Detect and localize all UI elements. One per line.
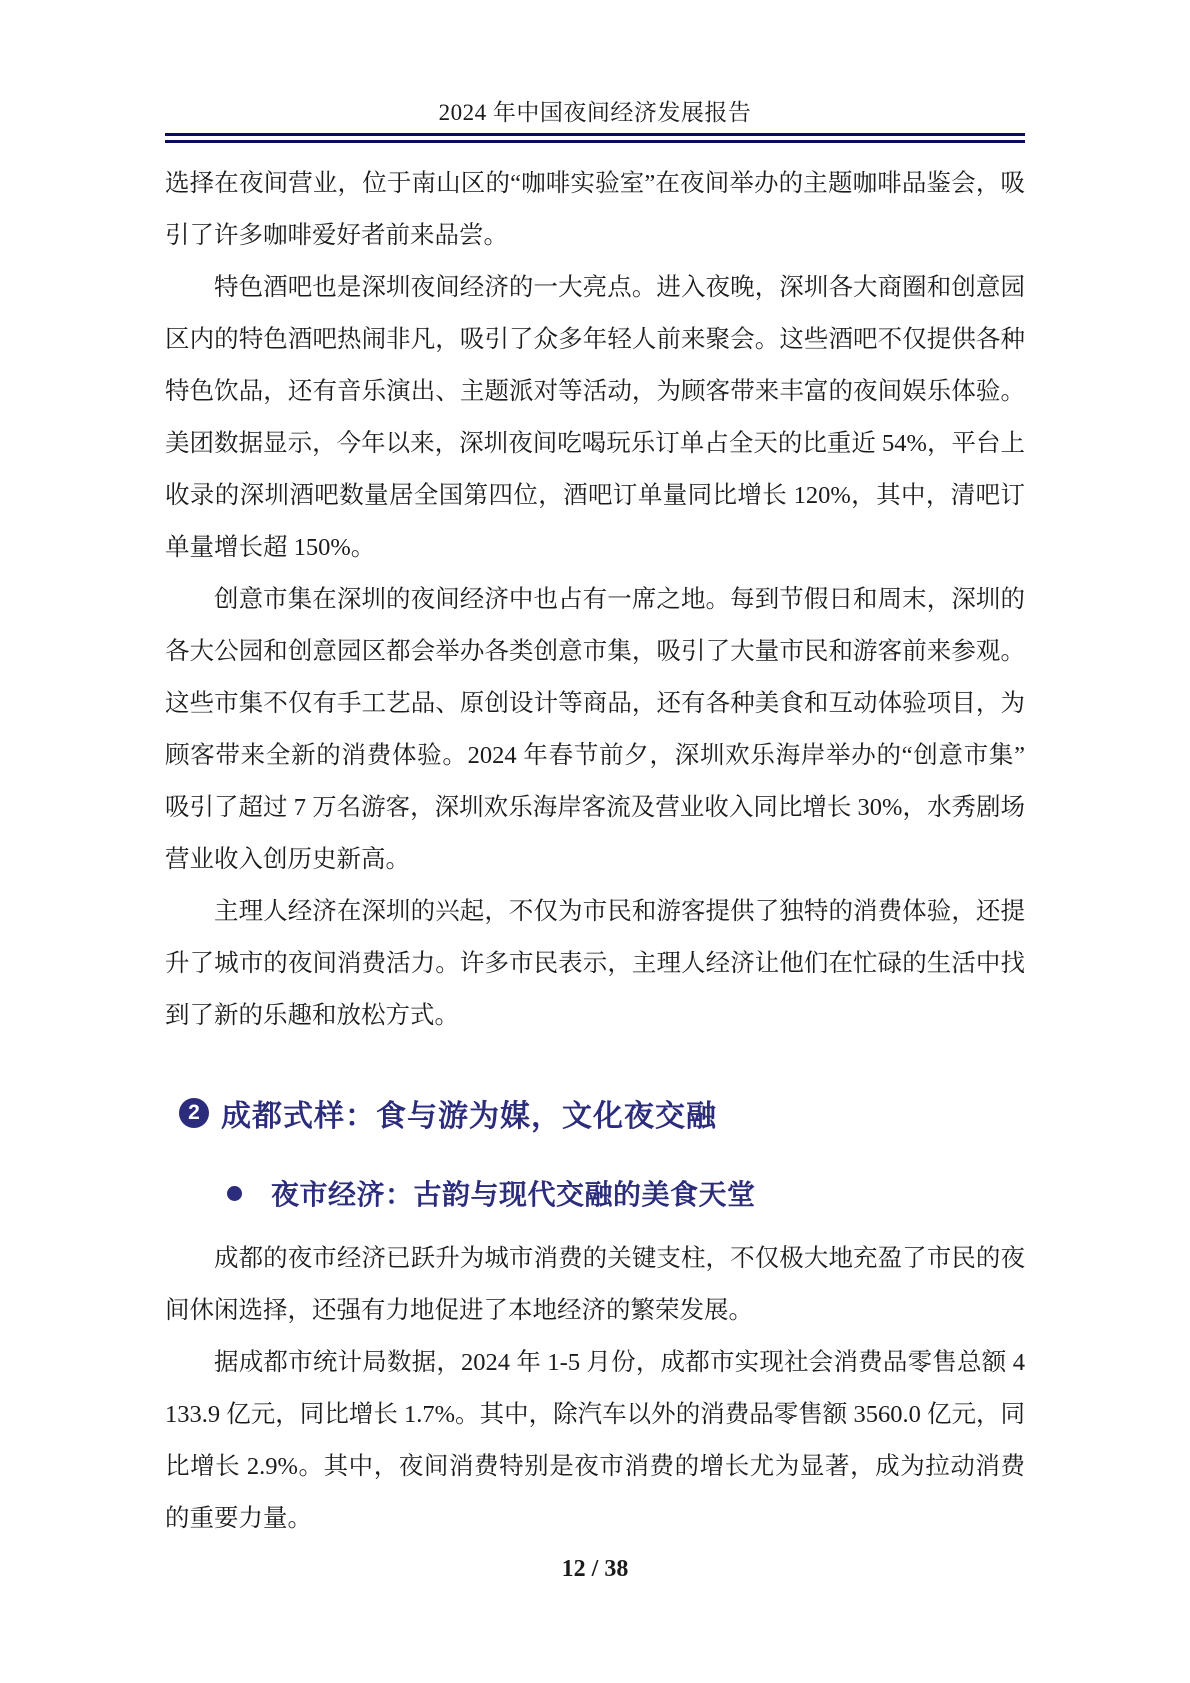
subsection-title: 夜市经济：古韵与现代交融的美食天堂 <box>271 1173 756 1213</box>
paragraph-chengdu-statistics: 据成都市统计局数据，2024 年 1-5 月份，成都市实现社会消费品零售总额 4… <box>165 1337 1025 1545</box>
header-rule <box>165 133 1025 143</box>
paragraph-bars: 特色酒吧也是深圳夜间经济的一大亮点。进入夜晚，深圳各大商圈和创意园区内的特色酒吧… <box>165 262 1025 574</box>
document-title: 2024 年中国夜间经济发展报告 <box>0 99 1190 127</box>
section-heading-chengdu: 2 成都式样：食与游为媒，文化夜交融 <box>179 1095 1025 1131</box>
document-page: 2024 年中国夜间经济发展报告 选择在夜间营业，位于南山区的“咖啡实验室”在夜… <box>0 0 1190 1683</box>
paragraph-chengdu-night-market: 成都的夜市经济已跃升为城市消费的关键支柱，不仅极大地充盈了市民的夜间休闲选择，还… <box>165 1233 1025 1337</box>
subsection-heading-night-market: 夜市经济：古韵与现代交融的美食天堂 <box>227 1177 1025 1209</box>
paragraph-markets: 创意市集在深圳的夜间经济中也占有一席之地。每到节假日和周末，深圳的各大公园和创意… <box>165 574 1025 886</box>
section-number-badge-icon: 2 <box>179 1098 209 1128</box>
page-header: 2024 年中国夜间经济发展报告 <box>0 0 1190 143</box>
bullet-icon <box>227 1186 242 1201</box>
page-number: 12 / 38 <box>0 1556 1190 1583</box>
paragraph-curator-economy: 主理人经济在深圳的兴起，不仅为市民和游客提供了独特的消费体验，还提升了城市的夜间… <box>165 886 1025 1042</box>
section-title: 成都式样：食与游为媒，文化夜交融 <box>221 1091 717 1135</box>
body-content: 选择在夜间营业，位于南山区的“咖啡实验室”在夜间举办的主题咖啡品鉴会，吸引了许多… <box>165 158 1025 1545</box>
paragraph-coffee: 选择在夜间营业，位于南山区的“咖啡实验室”在夜间举办的主题咖啡品鉴会，吸引了许多… <box>165 158 1025 262</box>
